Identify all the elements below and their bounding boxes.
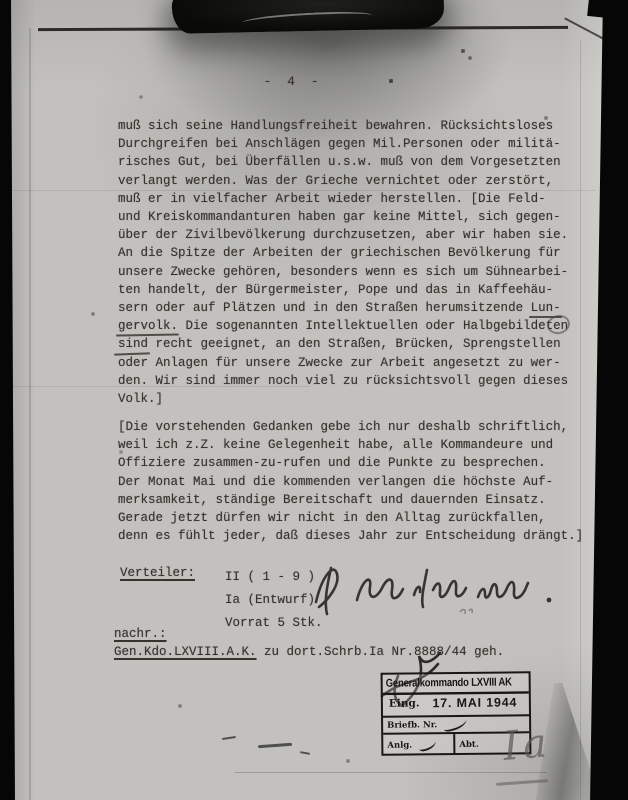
paper-fold-line	[29, 28, 31, 800]
text-line: sern oder auf Plätzen und in den Straßen…	[118, 299, 568, 317]
text-line: gervolk. Die sogenannten Intellektuellen…	[118, 317, 568, 335]
text-line: Gerade jetzt dürfen wir nicht in den All…	[118, 509, 583, 527]
text-line: sind recht geeignet, an den Straßen, Brü…	[118, 335, 568, 353]
stamp-received-date: 17. MAI 1944	[432, 695, 517, 710]
pencil-department-note: Ia	[501, 720, 552, 770]
text-line: Volk.]	[118, 390, 568, 408]
stamp-abteilung-label: Abt.	[459, 739, 479, 749]
text-line: An die Spitze der Arbeiten der griechisc…	[118, 244, 568, 262]
text-line: verlangt werden. Was der Grieche vernich…	[118, 172, 568, 190]
stamp-unit-name: Generalkommando LXVIII AK	[383, 673, 529, 695]
binder-clip	[172, 0, 445, 34]
handwritten-check-mark	[442, 716, 468, 733]
signature-handwriting	[302, 550, 564, 622]
text-line: oder Anlagen für unsere Zwecke zur Arbei…	[118, 354, 568, 372]
paper-crease	[235, 772, 547, 773]
stamp-anlagen-label: Anlg.	[387, 740, 412, 750]
text-line: risches Gut, bei Überfällen u.s.w. muß v…	[118, 153, 568, 171]
paragraph-2: [Die vorstehenden Gedanken gebe ich nur …	[118, 418, 583, 545]
text-line: Der Monat Mai und die kommenden verlange…	[118, 473, 583, 491]
stamp-received-label: Eing.	[383, 697, 420, 709]
text-line: unsere Zwecke gehören, besonders wenn es…	[118, 263, 568, 281]
text-line: den. Wir sind immer noch viel zu rücksic…	[118, 372, 568, 390]
text-line: merksamkeit, ständige Bereitschaft und d…	[118, 491, 583, 509]
text-line: muß sich seine Handlungsfreiheit bewahre…	[118, 117, 568, 135]
text-line: [Die vorstehenden Gedanken gebe ich nur …	[118, 418, 583, 436]
text-line: über der Zivilbevölkerung durchzusetzen,…	[118, 226, 568, 244]
text-line: ten handelt, der Bürgermeister, Pope und…	[118, 281, 568, 299]
text-line: weil ich z.Z. keine Gelegenheit habe, al…	[118, 436, 583, 454]
dirt-specks	[0, 0, 2, 2]
stamp-anlagen-cell: Anlg.	[383, 734, 455, 756]
nachrichtlich-addressee: Gen.Kdo.LXVIII.A.K.	[114, 645, 257, 659]
distribution-label: Verteiler:	[120, 566, 195, 580]
text-line: und Kreiskommandanturen haben gar keine …	[118, 208, 568, 226]
text-line: denn es fühlt jeder, daß dieses Jahr zur…	[118, 527, 583, 545]
page-number: - 4 -	[243, 74, 343, 89]
text-line: Durchgreifen bei Anschlägen gegen Mil.Pe…	[118, 135, 568, 153]
handwritten-check-mark	[417, 737, 437, 752]
text-line: muß er in vielfacher Arbeit wieder herst…	[118, 190, 568, 208]
nachrichtlich-label: nachr.:	[114, 627, 167, 641]
text-line: Offiziere zusammen-zu-rufen und die Punk…	[118, 454, 583, 472]
clip-highlight	[242, 9, 372, 28]
paragraph-1: muß sich seine Handlungsfreiheit bewahre…	[118, 117, 568, 408]
stamp-briefbuch-label: Briefb. Nr.	[387, 720, 437, 731]
document-photo: { "page_number": "- 4 -", "body": { "par…	[0, 0, 628, 800]
